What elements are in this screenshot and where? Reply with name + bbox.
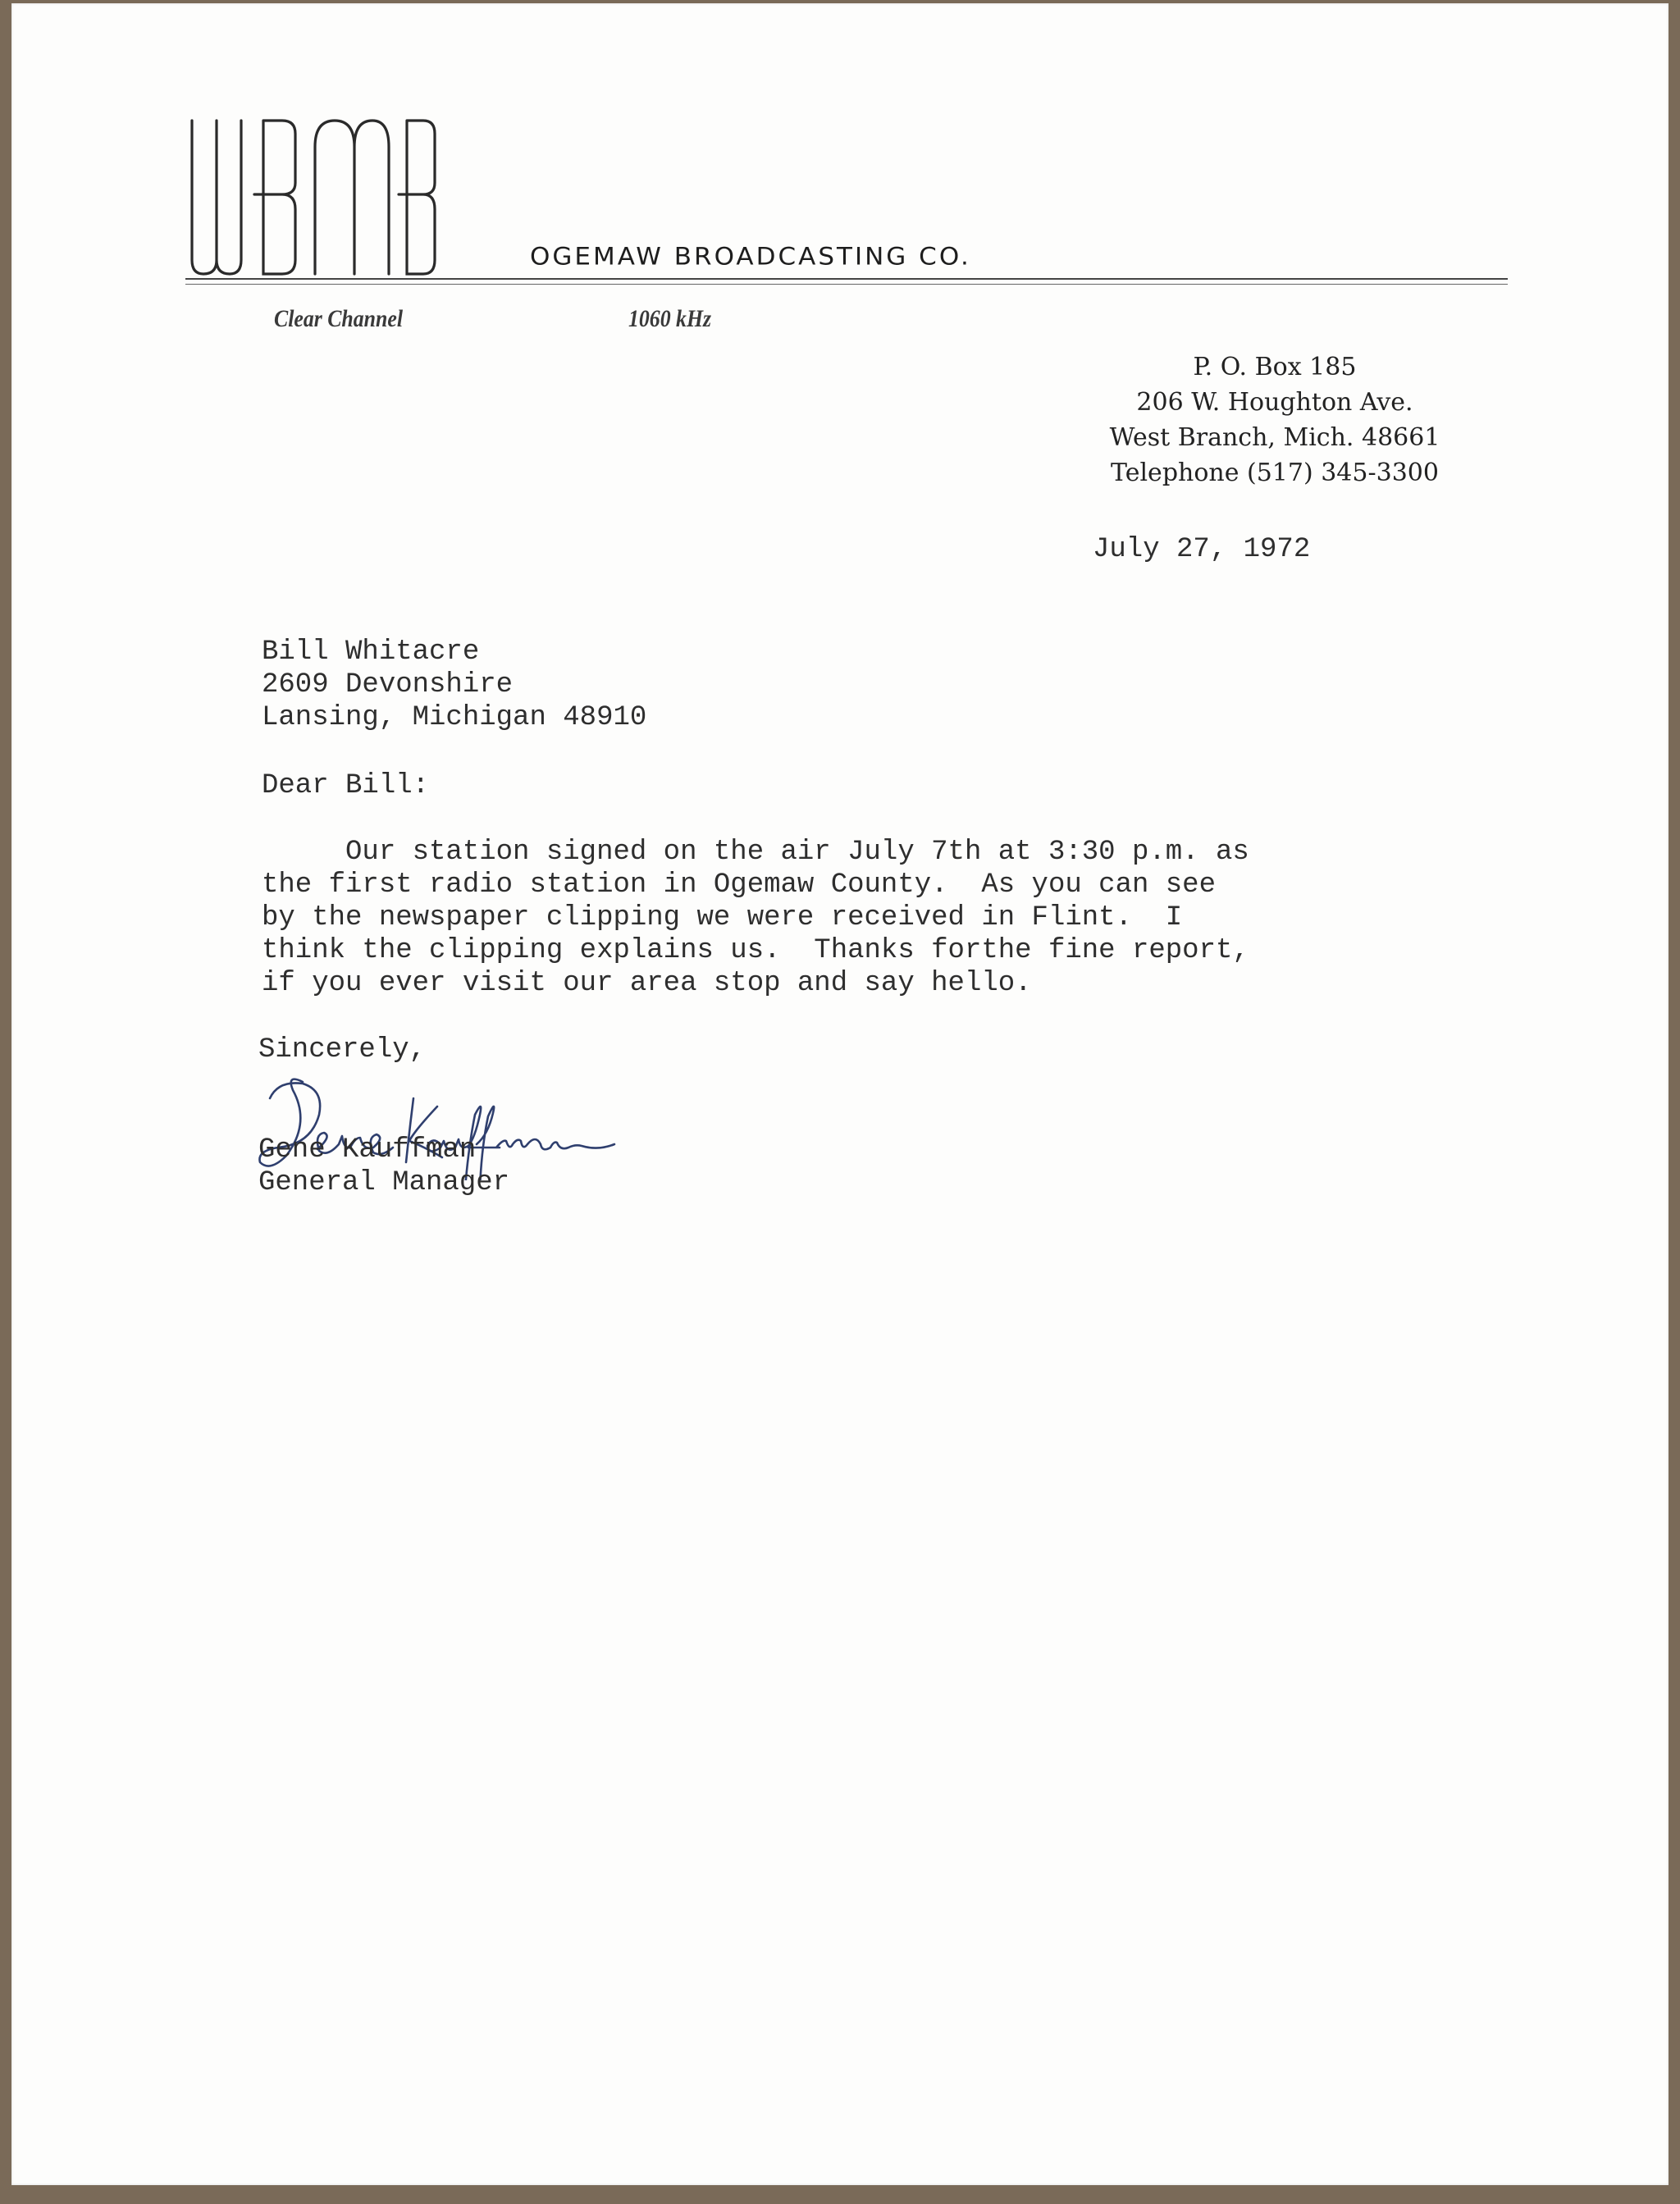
letter-body: Our station signed on the air July 7th a… <box>262 836 1249 1000</box>
recipient-name: Bill Whitacre <box>262 636 646 669</box>
letterhead-rule-secondary <box>185 284 1508 285</box>
address-line: P. O. Box 185 <box>1061 349 1488 385</box>
signer-title: General Manager <box>258 1166 509 1199</box>
wbmb-logo <box>185 114 440 278</box>
letterhead-rule <box>185 278 1508 280</box>
body-line: the first radio station in Ogemaw County… <box>262 869 1249 901</box>
recipient-address: Bill Whitacre2609 DevonshireLansing, Mic… <box>262 636 646 734</box>
recipient-street: 2609 Devonshire <box>262 669 646 701</box>
address-line: Telephone (517) 345-3300 <box>1061 455 1488 491</box>
tagline-frequency: 1060 kHz <box>628 305 711 333</box>
body-line: if you ever visit our area stop and say … <box>262 967 1249 1000</box>
body-line: think the clipping explains us. Thanks f… <box>262 934 1249 967</box>
letter-page: OGEMAW BROADCASTING CO. Clear Channel 10… <box>11 3 1669 2185</box>
address-line: West Branch, Mich. 48661 <box>1061 420 1488 455</box>
station-address: P. O. Box 185 206 W. Houghton Ave. West … <box>1061 349 1488 491</box>
signer-name: Gene Kauffman <box>258 1134 509 1166</box>
signer-block: Gene KauffmanGeneral Manager <box>258 1134 509 1199</box>
tagline-clear-channel: Clear Channel <box>274 305 403 333</box>
body-line: Our station signed on the air July 7th a… <box>262 836 1249 869</box>
salutation: Dear Bill: <box>262 769 429 802</box>
body-line: by the newspaper clipping we were receiv… <box>262 901 1249 934</box>
letter-date: July 27, 1972 <box>1093 533 1310 566</box>
recipient-city: Lansing, Michigan 48910 <box>262 701 646 734</box>
company-name: OGEMAW BROADCASTING CO. <box>530 243 971 271</box>
address-line: 206 W. Houghton Ave. <box>1061 385 1488 420</box>
closing: Sincerely, <box>258 1034 426 1066</box>
